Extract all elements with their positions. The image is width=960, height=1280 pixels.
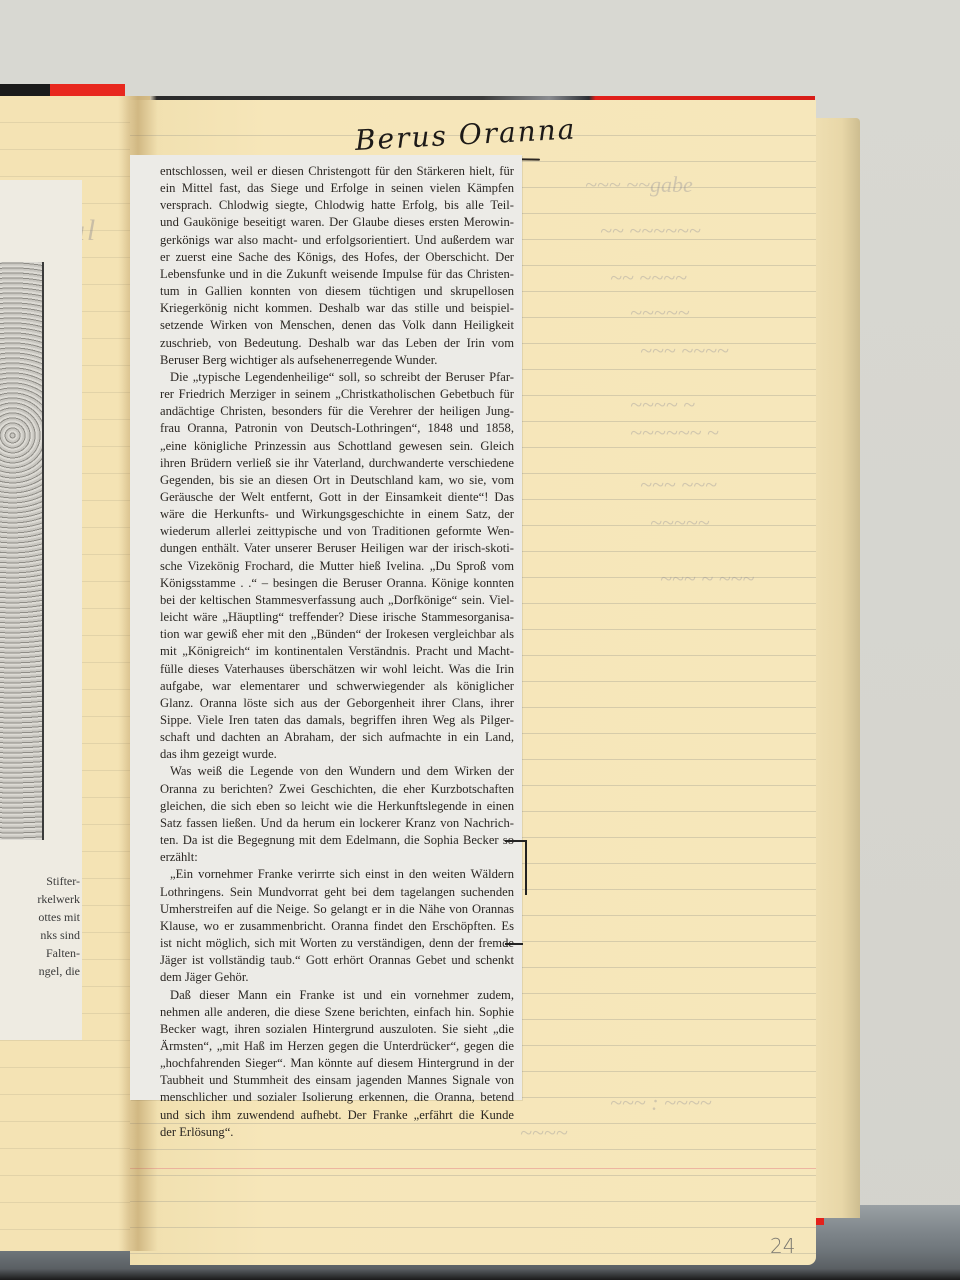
clipping-line: gleichen, die sich eben so leicht wie di… xyxy=(160,798,514,815)
clipping-line: leicht wäre „Häuptling“ treffender? Dies… xyxy=(160,609,514,626)
clipping-line: erzählt: xyxy=(160,849,514,866)
clipping-line: Königsstamme . .“ – besingen die Beruser… xyxy=(160,575,514,592)
show-through-handwriting: ~~~ : ~~~~ xyxy=(610,1090,712,1116)
show-through-handwriting: ~~~~~~ ~ xyxy=(630,420,719,446)
clipping-line: das ihm gezeigt wurde. xyxy=(160,746,514,763)
clipping-line: aufgabe, war elementarer und schwerwiege… xyxy=(160,678,514,695)
clipping-line: andächtige Christen, besonders für die V… xyxy=(160,403,514,420)
clipping-line: versprach. Chlodwig siegte, Chlodwig hat… xyxy=(160,197,514,214)
show-through-handwriting: ~~~~~ xyxy=(630,300,690,326)
clipping-line: Glanz. Oranna löste sich aus der Geborge… xyxy=(160,695,514,712)
clipping-line: tion war gewiß eher mit den „Bünden“ der… xyxy=(160,626,514,643)
clipping-line: Oranna zu berichten? Zwei Geschichten, d… xyxy=(160,781,514,798)
clipping-line: Ärmsten“, „mit Haß im Herzen gegen die U… xyxy=(160,1038,514,1055)
clipping-line: Jäger ist vollständig taub.“ Gott erhört… xyxy=(160,952,514,969)
show-through-handwriting: ~~~ ~~~~ xyxy=(640,338,729,364)
right-page-edge xyxy=(814,118,860,1218)
clipping-line: setzende Wirken von Menschen, denen das … xyxy=(160,317,514,334)
show-through-handwriting: ~~~~ ~ xyxy=(630,392,695,418)
clipping-line: tum in Gallien konnten von diesem tüchti… xyxy=(160,283,514,300)
show-through-handwriting: ~~~ ~ ~~~ xyxy=(660,566,754,592)
show-through-handwriting: ~~~ ~~~ xyxy=(640,472,717,498)
clipping-line: Lebensfunke und in die Zukunft weisende … xyxy=(160,266,514,283)
show-through-handwriting: ~~ ~~~~~~ xyxy=(600,218,701,244)
clipping-line: menschlicher und sozialer Isolierung erk… xyxy=(160,1089,514,1106)
clipping-line: Lothringens. Sein Mundvorrat geht bei de… xyxy=(160,884,514,901)
clipping-line: fülle dieses Vaterhauses überschätzen wi… xyxy=(160,661,514,678)
clipping-line: wiederum allerlei zeittypische und von T… xyxy=(160,523,514,540)
clipping-line: Kriegerkönig nicht kommen. Deshalb war d… xyxy=(160,300,514,317)
clipping-line: Umherstreifen auf die Neige. So gelangt … xyxy=(160,901,514,918)
clipping-line: „hochfahrenden Sieger“. Man könnte auf d… xyxy=(160,1055,514,1072)
clipping-line: wäre die Herkunfts- und Wirkungsgeschich… xyxy=(160,506,514,523)
left-page-text-fragment: Stifter- rkelwerk ottes mit nks sind Fal… xyxy=(0,872,80,980)
clipping-line: der Erlösung“. xyxy=(160,1124,514,1141)
clipping-line: Geräusche der Welt entfernt, Gott in der… xyxy=(160,489,514,506)
clipping-line: „Ein vornehmer Franke verirrte sich eins… xyxy=(160,866,514,883)
show-through-handwriting: ~~~~~ xyxy=(650,510,710,536)
newspaper-clipping: entschlossen, weil er diesen Christengot… xyxy=(130,155,522,1100)
clipping-line: schaft und dachten an Abraham, der sich … xyxy=(160,729,514,746)
clipping-line: Satz fassen ließen. Und da herum ein loc… xyxy=(160,815,514,832)
clipping-line: nehmen alle anderen, die diese Szene ber… xyxy=(160,1004,514,1021)
clipping-line: ihren Brüdern verließ sie ihr Vaterland,… xyxy=(160,455,514,472)
clipping-line: dem Jäger Gehör. xyxy=(160,969,514,986)
clipping-line: Klause, wo er zusammenbricht. Oranna fin… xyxy=(160,918,514,935)
show-through-handwriting: ~~~~ xyxy=(520,1120,568,1146)
clipping-line: zuschrieb, von Bedeutung. Deshalb war da… xyxy=(160,335,514,352)
left-page-photo xyxy=(0,262,44,840)
show-through-handwriting: ~~~ ~~gabe xyxy=(585,172,693,198)
clipping-line: gerkönigs war also macht- und erfolgsori… xyxy=(160,232,514,249)
clipping-line: ein Mittel fast, das Siege und Erfolge i… xyxy=(160,180,514,197)
clipping-line: ten. Da ist die Begegnung mit dem Edelma… xyxy=(160,832,514,849)
clipping-line: Was weiß die Legende von den Wundern und… xyxy=(160,763,514,780)
clipping-line: und Gaukönige beseitigt waren. Der Glaub… xyxy=(160,214,514,231)
clipping-line: dungen enthält. Vater unserer Beruser He… xyxy=(160,540,514,557)
clipping-line: Becker wagt, ihren sozialen Hintergrund … xyxy=(160,1021,514,1038)
clipping-line: Daß dieser Mann ein Franke ist und ein v… xyxy=(160,987,514,1004)
clipping-line: ist nicht möglich, sich mit Worten zu ve… xyxy=(160,935,514,952)
clipping-line: frau Oranna, Patronin von Deutsch-Lothri… xyxy=(160,420,514,437)
clipping-line: mit „Königreich“ im kontinentalen Verstä… xyxy=(160,643,514,660)
page-number: 24 xyxy=(770,1234,795,1258)
show-through-handwriting: ~~ ~~~~ xyxy=(610,265,687,291)
clipping-line: bei der keltischen Stammesverfassung auc… xyxy=(160,592,514,609)
clipping-line: Die „typische Legendenheilige“ soll, so … xyxy=(160,369,514,386)
clipping-line: sche Vizekönig Frochard, die Mutter hieß… xyxy=(160,558,514,575)
clipping-line: rer Friedrich Merziger in seinem „Christ… xyxy=(160,386,514,403)
clipping-line: er zuerst eine Sache des Königs, des Hof… xyxy=(160,249,514,266)
clipping-line: „eine königliche Prinzessin aus Schottla… xyxy=(160,438,514,455)
clipping-text: entschlossen, weil er diesen Christengot… xyxy=(160,163,514,1141)
quote-margin-bracket xyxy=(505,840,527,940)
clipping-line: Beruser Berg wichtiger als aufsehenerreg… xyxy=(160,352,514,369)
clipping-line: Gegenden, bis sie an diesen Ort in Deuts… xyxy=(160,472,514,489)
clipping-line: entschlossen, weil er diesen Christengot… xyxy=(160,163,514,180)
page-margin-line xyxy=(130,1168,816,1169)
clipping-line: Sippe. Viele Iren taten das damals, begr… xyxy=(160,712,514,729)
clipping-line: und sich ihm zuwendend aufhebt. Der Fran… xyxy=(160,1107,514,1124)
clipping-line: Taubheit und Stummheit des einsam jagend… xyxy=(160,1072,514,1089)
